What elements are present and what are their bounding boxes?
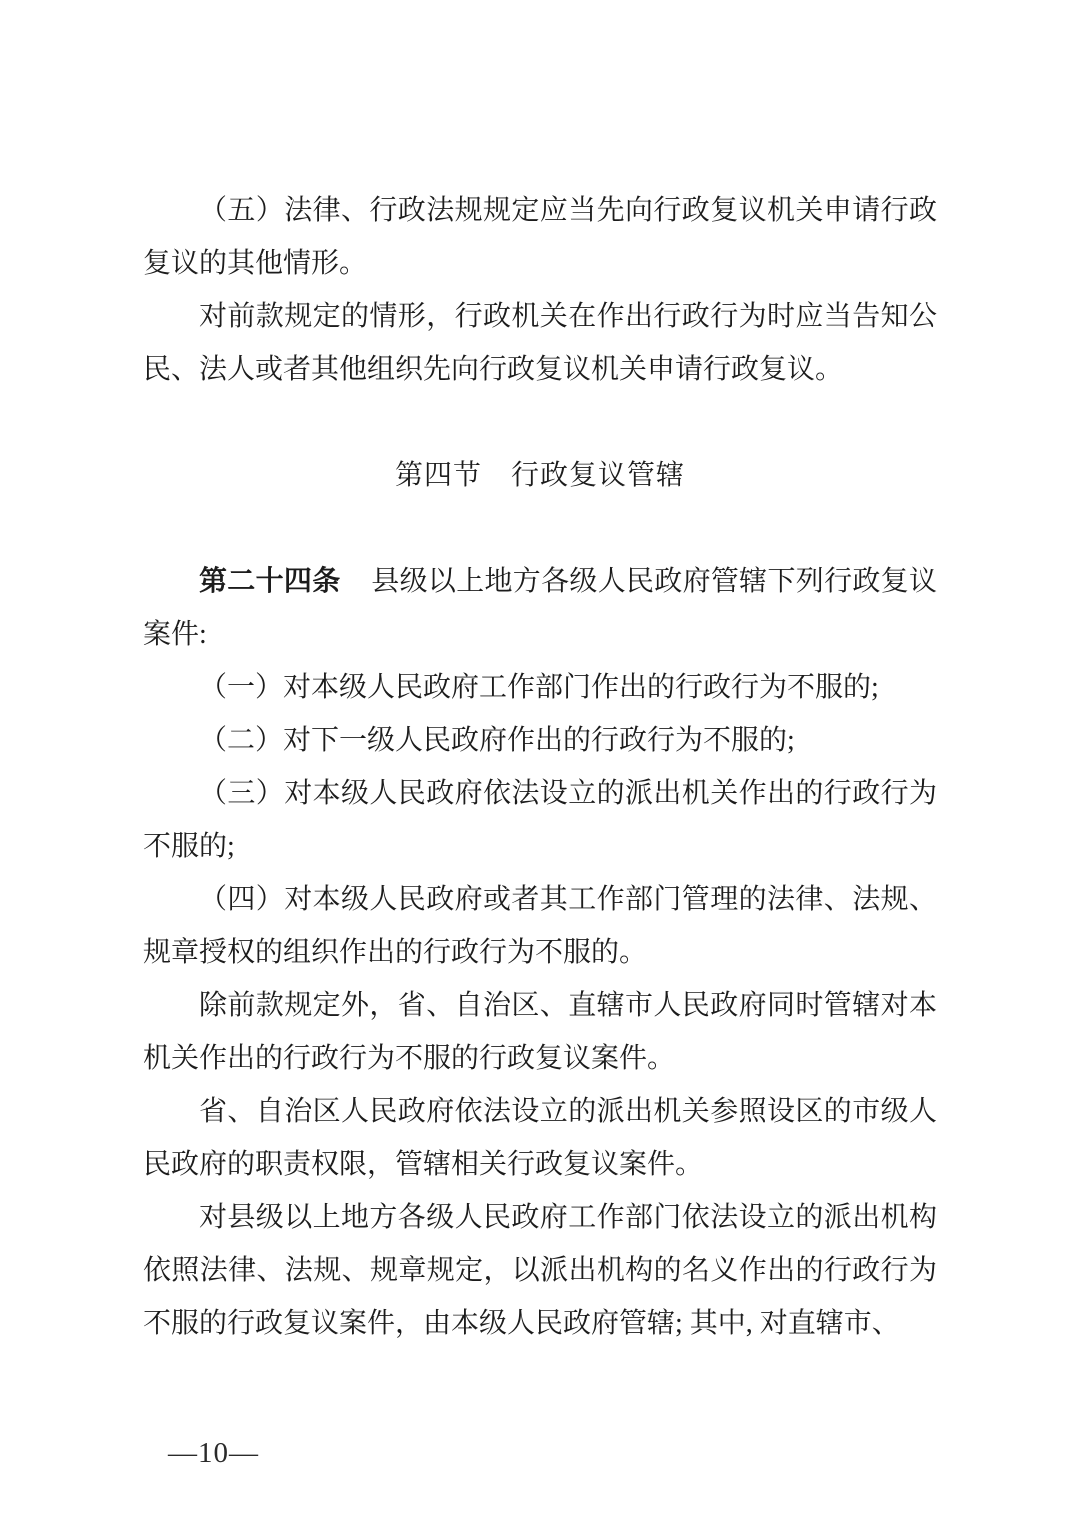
paragraph-dispatched-organ: 省、自治区人民政府依法设立的派出机关参照设区的市级人民政府的职责权限，管辖相关行…: [143, 1085, 937, 1191]
list-item-3: （三）对本级人民政府依法设立的派出机关作出的行政行为不服的;: [143, 767, 937, 873]
page-number: —10—: [168, 1436, 259, 1470]
document-page: （五）法律、行政法规规定应当先向行政复议机关申请行政复议的其他情形。 对前款规定…: [0, 0, 1074, 1520]
paragraph-notice-clause: 对前款规定的情形，行政机关在作出行政行为时应当告知公民、法人或者其他组织先向行政…: [143, 290, 937, 396]
article-24-paragraph: 第二十四条县级以上地方各级人民政府管辖下列行政复议案件:: [143, 554, 937, 661]
paragraph-dispatched-agency: 对县级以上地方各级人民政府工作部门依法设立的派出机构依照法律、法规、规章规定，以…: [143, 1191, 937, 1350]
article-24-label: 第二十四条: [199, 565, 341, 596]
list-item-4: （四）对本级人民政府或者其工作部门管理的法律、法规、规章授权的组织作出的行政行为…: [143, 873, 937, 979]
paragraph-province-jurisdiction: 除前款规定外，省、自治区、直辖市人民政府同时管辖对本机关作出的行政行为不服的行政…: [143, 979, 937, 1085]
paragraph-item-5: （五）法律、行政法规规定应当先向行政复议机关申请行政复议的其他情形。: [143, 184, 937, 290]
list-item-2: （二）对下一级人民政府作出的行政行为不服的;: [143, 714, 937, 767]
document-body: （五）法律、行政法规规定应当先向行政复议机关申请行政复议的其他情形。 对前款规定…: [143, 184, 937, 1350]
section-heading: 第四节 行政复议管辖: [143, 449, 937, 502]
list-item-1: （一）对本级人民政府工作部门作出的行政行为不服的;: [143, 661, 937, 714]
